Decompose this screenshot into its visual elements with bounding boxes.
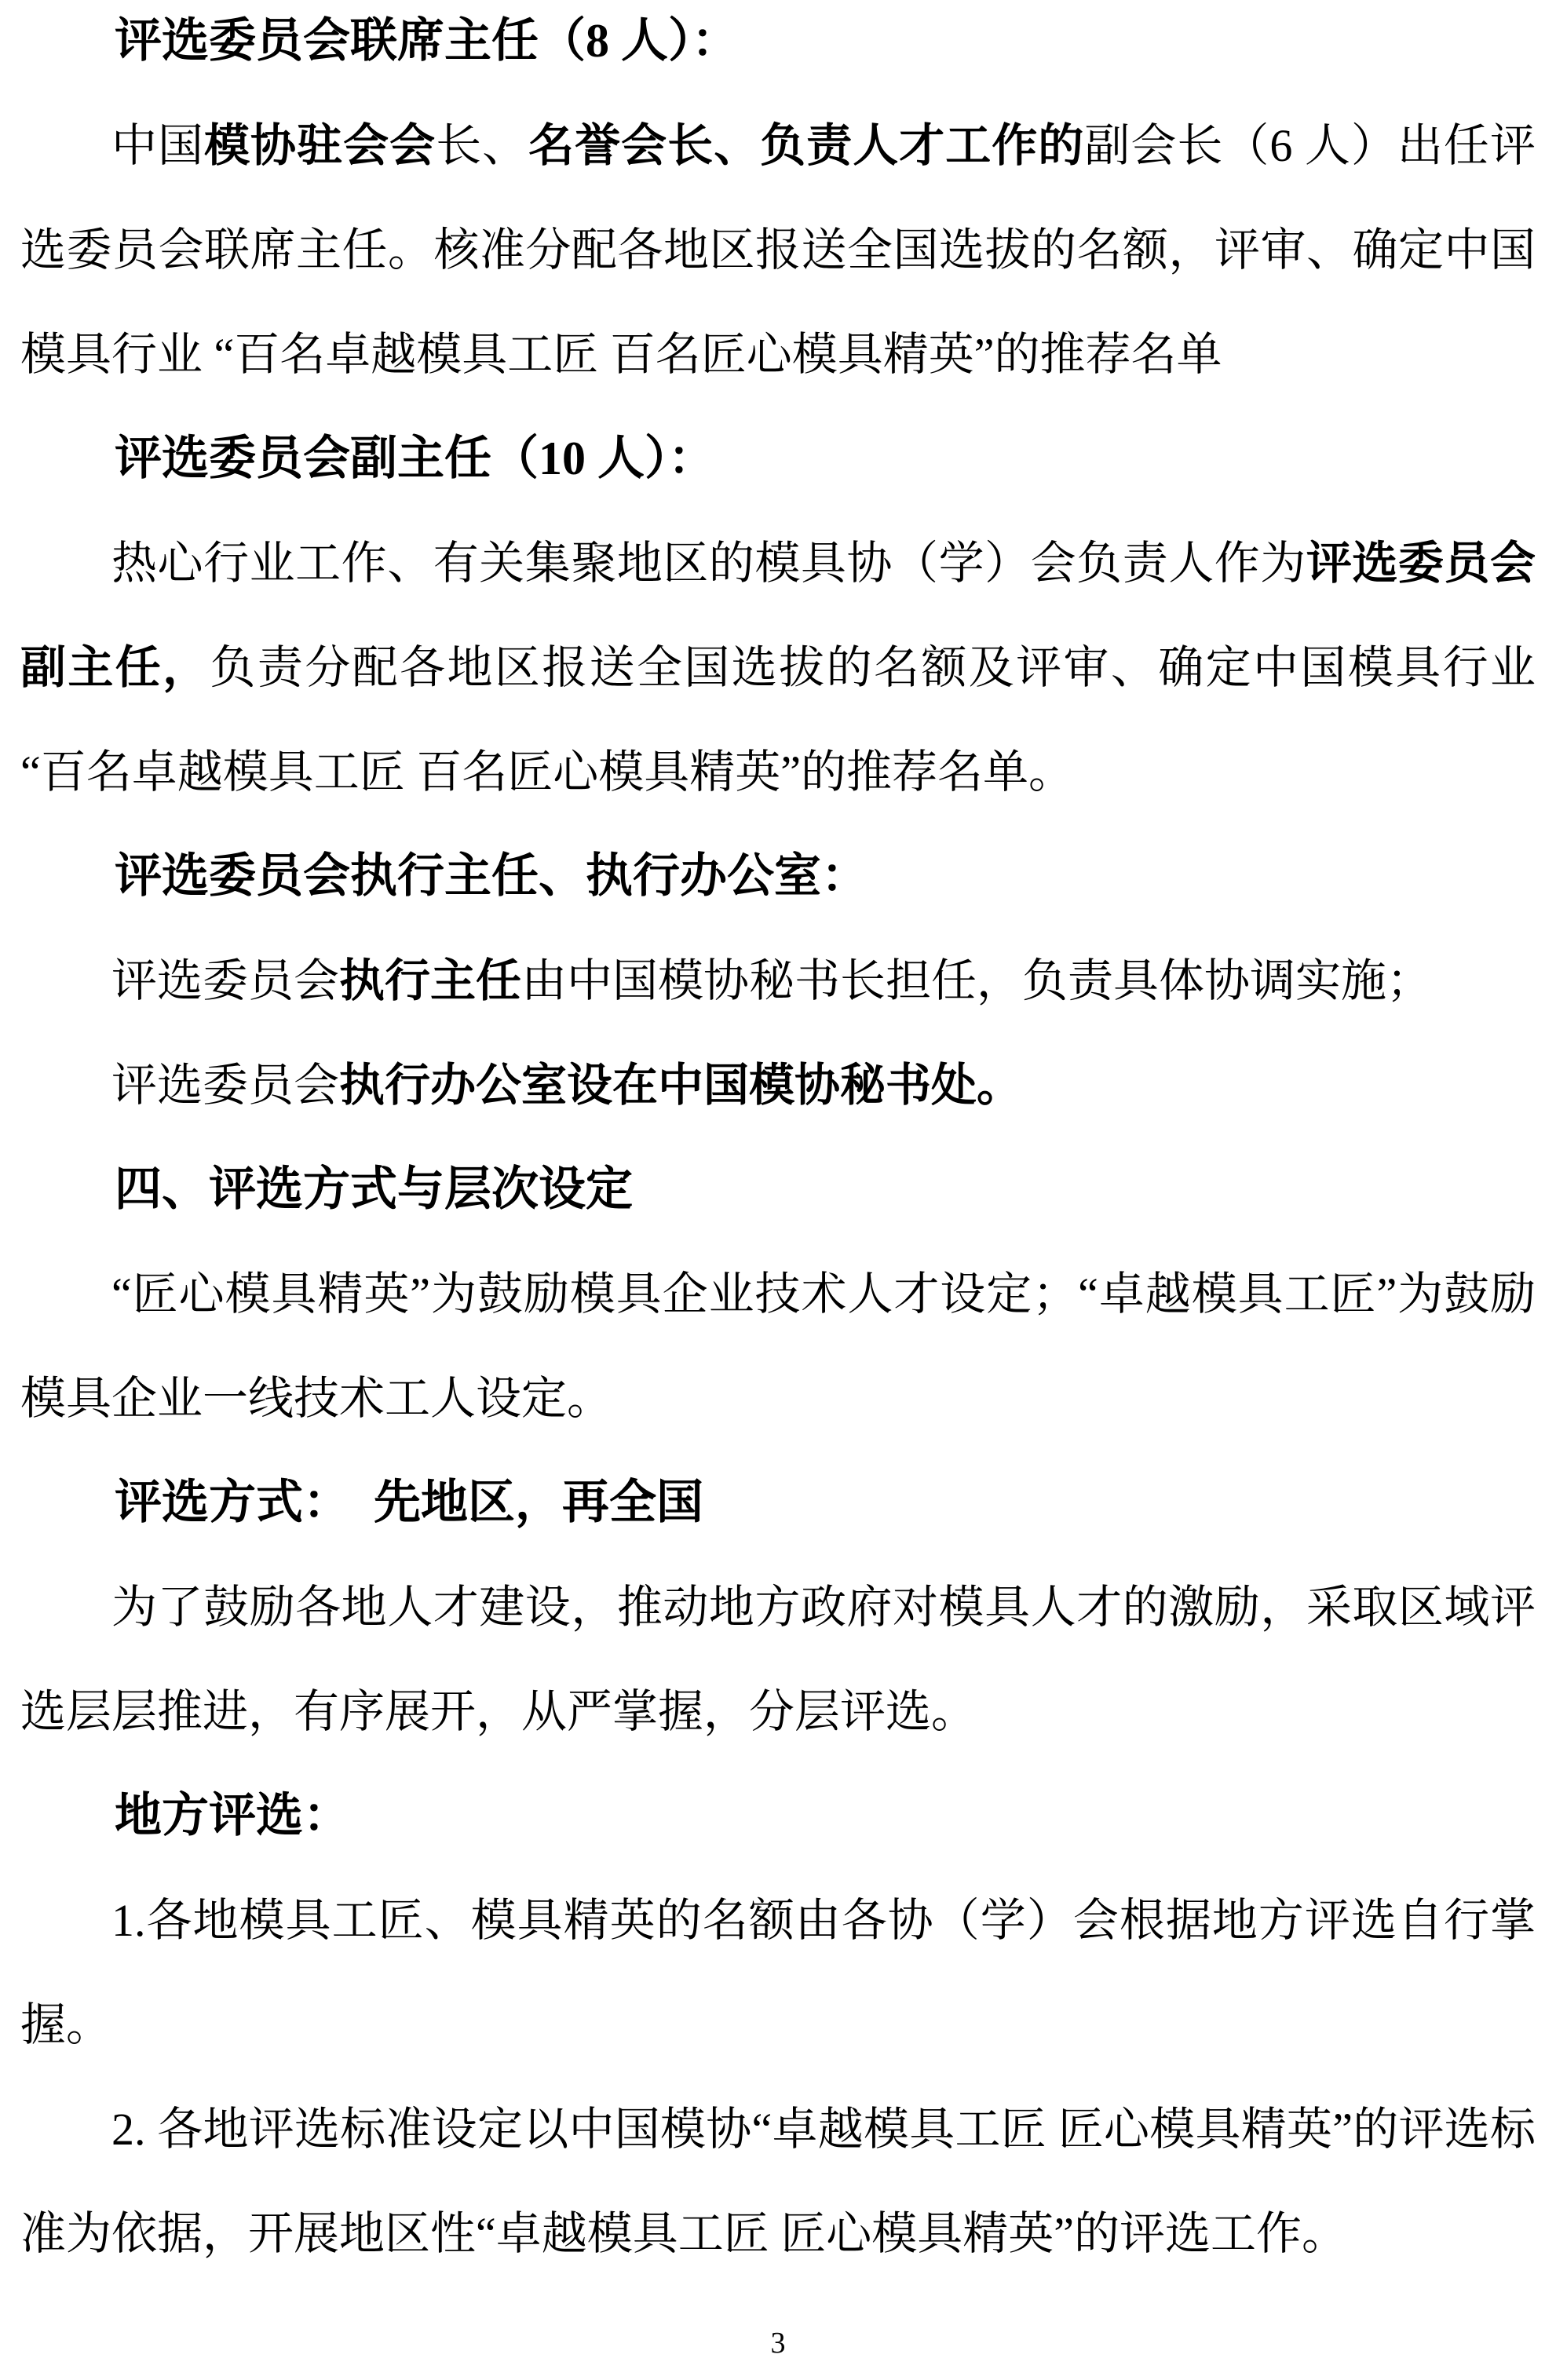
body-paragraph: 评选委员会执行办公室设在中国模协秘书处。 xyxy=(20,1033,1536,1137)
text-run: 评选委员会 xyxy=(111,1060,339,1111)
heading-paragraph: 评选委员会联席主任（8 人）： xyxy=(20,0,1536,93)
text-run: 由中国模协秘书长担任，负责具体协调实施； xyxy=(521,955,1432,1006)
heading-paragraph: 地方评选： xyxy=(20,1764,1536,1868)
bold-text-run: 评选委员会副主任（10 人）： xyxy=(115,433,715,484)
body-paragraph: 为了鼓励各地人才建设，推动地方政府对模具人才的激励，采取区域评选层层推进，有序展… xyxy=(20,1555,1536,1764)
bold-text-run: 评选委员会联席主任（8 人）： xyxy=(115,15,739,67)
body-paragraph: 2. 各地评选标准设定以中国模协“卓越模具工匠 匠心模具精英”的评选标准为依据，… xyxy=(20,2077,1536,2286)
document-body: 评选委员会联席主任（8 人）：中国模协驻会会长、名誉会长、负责人才工作的副会长（… xyxy=(0,0,1556,2286)
body-paragraph: “匠心模具精英”为鼓励模具企业技术人才设定；“卓越模具工匠”为鼓励模具企业一线技… xyxy=(20,1242,1536,1451)
text-run: 1.各地模具工匠、模具精英的名额由各协（学）会根据地方评选自行掌握。 xyxy=(20,1895,1536,2050)
body-paragraph: 评选委员会执行主任由中国模协秘书长担任，负责具体协调实施； xyxy=(20,929,1536,1033)
body-paragraph: 热心行业工作、有关集聚地区的模具协（学）会负责人作为评选委员会副主任，负责分配各… xyxy=(20,511,1536,824)
text-run: 中国 xyxy=(111,120,204,171)
text-run: “匠心模具精英”为鼓励模具企业技术人才设定；“卓越模具工匠”为鼓励模具企业一线技… xyxy=(20,1268,1536,1424)
body-paragraph: 1.各地模具工匠、模具精英的名额由各协（学）会根据地方评选自行掌握。 xyxy=(20,1868,1536,2077)
bold-text-run: 四、评选方式与层次设定 xyxy=(115,1163,633,1215)
bold-text-run: 模协驻会会 xyxy=(204,120,436,171)
bold-text-run: 名誉会长、负责人才工作的 xyxy=(528,120,1084,171)
bold-text-run: 执行主任 xyxy=(339,955,521,1006)
page-number: 3 xyxy=(771,2327,786,2360)
text-run: 评选委员会 xyxy=(111,955,339,1006)
heading-paragraph: 四、评选方式与层次设定 xyxy=(20,1137,1536,1242)
heading-paragraph: 评选方式： 先地区，再全国 xyxy=(20,1451,1536,1555)
text-run: 热心行业工作、有关集聚地区的模具协（学）会负责人作为 xyxy=(111,538,1306,589)
bold-text-run: 评选方式： 先地区，再全国 xyxy=(115,1477,703,1528)
document-page: 评选委员会联席主任（8 人）：中国模协驻会会长、名誉会长、负责人才工作的副会长（… xyxy=(0,0,1556,2380)
body-paragraph: 中国模协驻会会长、名誉会长、负责人才工作的副会长（6 人）出任评选委员会联席主任… xyxy=(20,93,1536,407)
page-footer: 3 xyxy=(0,2328,1556,2358)
bold-text-run: 执行办公室设在中国模协秘书处。 xyxy=(339,1060,1022,1111)
text-run: 长、 xyxy=(436,120,528,171)
heading-paragraph: 评选委员会副主任（10 人）： xyxy=(20,407,1536,511)
bold-text-run: 评选委员会执行主任、执行办公室： xyxy=(115,850,868,902)
text-run: 负责分配各地区报送全国选拔的名额及评审、确定中国模具行业 “百名卓越模具工匠 百… xyxy=(20,642,1536,798)
text-run: 为了鼓励各地人才建设，推动地方政府对模具人才的激励，采取区域评选层层推进，有序展… xyxy=(20,1582,1536,1737)
bold-text-run: 地方评选： xyxy=(115,1790,350,1842)
heading-paragraph: 评选委员会执行主任、执行办公室： xyxy=(20,824,1536,929)
text-run: 2. 各地评选标准设定以中国模协“卓越模具工匠 匠心模具精英”的评选标准为依据，… xyxy=(20,2104,1536,2259)
